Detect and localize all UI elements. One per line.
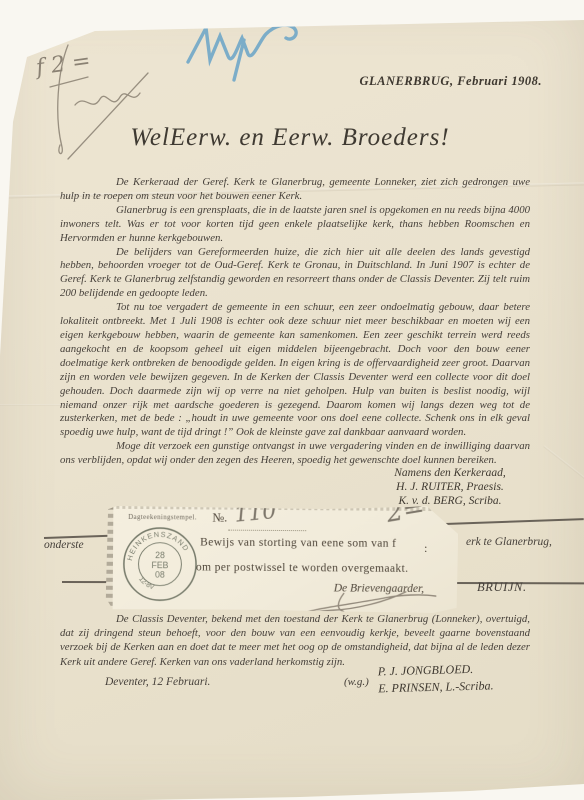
- closing-praesis: H. J. RUITER, Praesis.: [352, 480, 548, 494]
- place-date: Deventer, 12 Februari.: [105, 676, 210, 688]
- closing-scriba: K. v. d. BERG, Scriba.: [352, 494, 548, 508]
- covered-text-fragment-right: erk te Glanerbrug,: [466, 536, 552, 548]
- letter-body: De Kerkeraad der Geref. Kerk te Glanerbr…: [60, 176, 530, 468]
- closing-intro: Namens den Kerkeraad,: [352, 466, 548, 480]
- signature-prinsen: E. PRINSEN, L.-Scriba.: [378, 676, 558, 698]
- letter-paragraph: Moge dit verzoek een gunstige ontvangst …: [60, 440, 530, 468]
- dotted-leader: [228, 529, 306, 532]
- postmark-time-code: 12-8V: [137, 576, 155, 592]
- covered-signature-bruijn: BRUIJN.: [477, 580, 527, 595]
- signed-abbreviation: (w.g.): [344, 676, 369, 688]
- postmark-stamp: HEINKENSZAND 28 FEB 08 12-8V: [121, 525, 200, 604]
- receipt-number-label: №.: [212, 511, 227, 526]
- postal-receipt: Dagteekeningstempel. №. 110 Bewijs van s…: [106, 504, 459, 613]
- postmark-day: 28: [155, 550, 165, 560]
- covered-text-fragment-left: onderste: [44, 539, 84, 551]
- letter-paragraph: Tot nu toe vergadert de gemeente in een …: [60, 301, 530, 440]
- letter-paragraph: De Kerkeraad der Geref. Kerk te Glanerbr…: [60, 176, 530, 204]
- receipt-text-line1: Bewijs van storting van eene som van f: [200, 536, 396, 549]
- receipt-text-line2: om per postwissel te worden overgemaakt.: [196, 561, 409, 574]
- letter-paragraph: Glanerbrug is een grensplaats, die in de…: [60, 204, 530, 246]
- letter-paper: f 2 = GLANERBRUG, Februari 1908. WelEerw…: [0, 0, 584, 800]
- svg-text:12-8V: 12-8V: [137, 576, 155, 592]
- postmark-year: 08: [155, 570, 165, 580]
- letter-paragraph: De belijders van Gereformeerden huize, d…: [60, 246, 530, 302]
- amount-colon: :: [424, 541, 427, 556]
- fold-crease-right: [543, 445, 584, 492]
- datestamp-caption: Dagteekeningstempel.: [128, 514, 197, 521]
- dateline: GLANERBRUG, Februari 1908.: [280, 74, 542, 89]
- kerkeraad-signature-block: Namens den Kerkeraad, H. J. RUITER, Prae…: [352, 466, 548, 508]
- postmark-month: FEB: [151, 560, 168, 570]
- classis-signature-block: P. J. JONGBLOED. E. PRINSEN, L.-Scriba.: [378, 659, 559, 698]
- salutation: WelEerw. en Eerw. Broeders!: [90, 124, 490, 152]
